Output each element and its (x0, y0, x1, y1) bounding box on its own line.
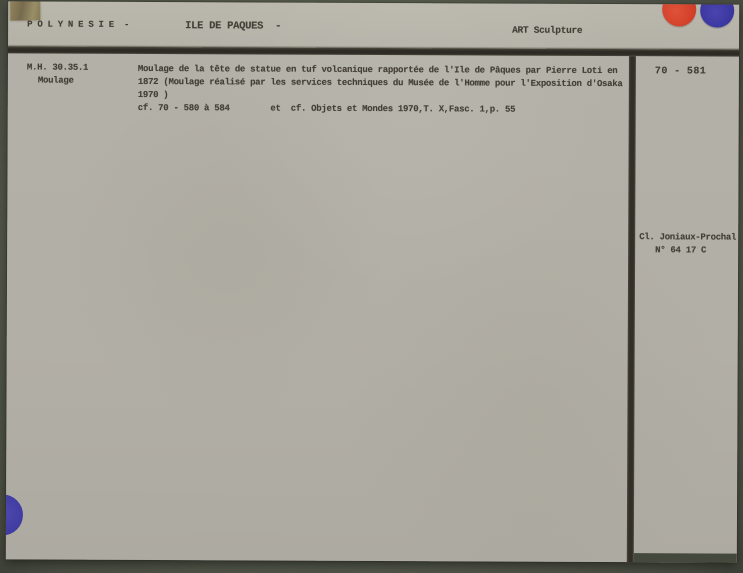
header-category-label: ART Sculpture (512, 25, 582, 36)
tape-residue (10, 1, 40, 20)
photo-number: 70 - 581 (655, 66, 706, 77)
negative-number: N° 64 17 C (655, 245, 706, 255)
scan-background: P O L Y N E S I E - ILE DE PAQUES - ART … (0, 0, 743, 573)
column-divider-rule (627, 56, 636, 562)
description-block: Moulage de la tête de statue en tuf volc… (138, 63, 623, 117)
right-card-bottom-edge (634, 553, 737, 562)
inventory-number: M.H. 30.35.1 (27, 62, 88, 72)
catalog-card: P O L Y N E S I E - ILE DE PAQUES - ART … (6, 1, 739, 562)
photo-credit: Cl. Joniaux-Prochal (639, 232, 736, 242)
object-type-label: Moulage (38, 76, 74, 86)
blue-dot-sticker (700, 1, 734, 27)
header-separator-rule (6, 46, 739, 56)
description-line-2: 1872 (Moulage réalisé par les services t… (138, 76, 623, 91)
description-line-4-references: cf. 70 - 580 à 584 et cf. Objets et Mond… (138, 102, 623, 117)
header-region-label: P O L Y N E S I E - (27, 19, 129, 29)
red-dot-sticker (662, 1, 696, 26)
header-place-label: ILE DE PAQUES - (185, 20, 281, 32)
blue-dot-sticker-bottom-left (6, 494, 23, 535)
